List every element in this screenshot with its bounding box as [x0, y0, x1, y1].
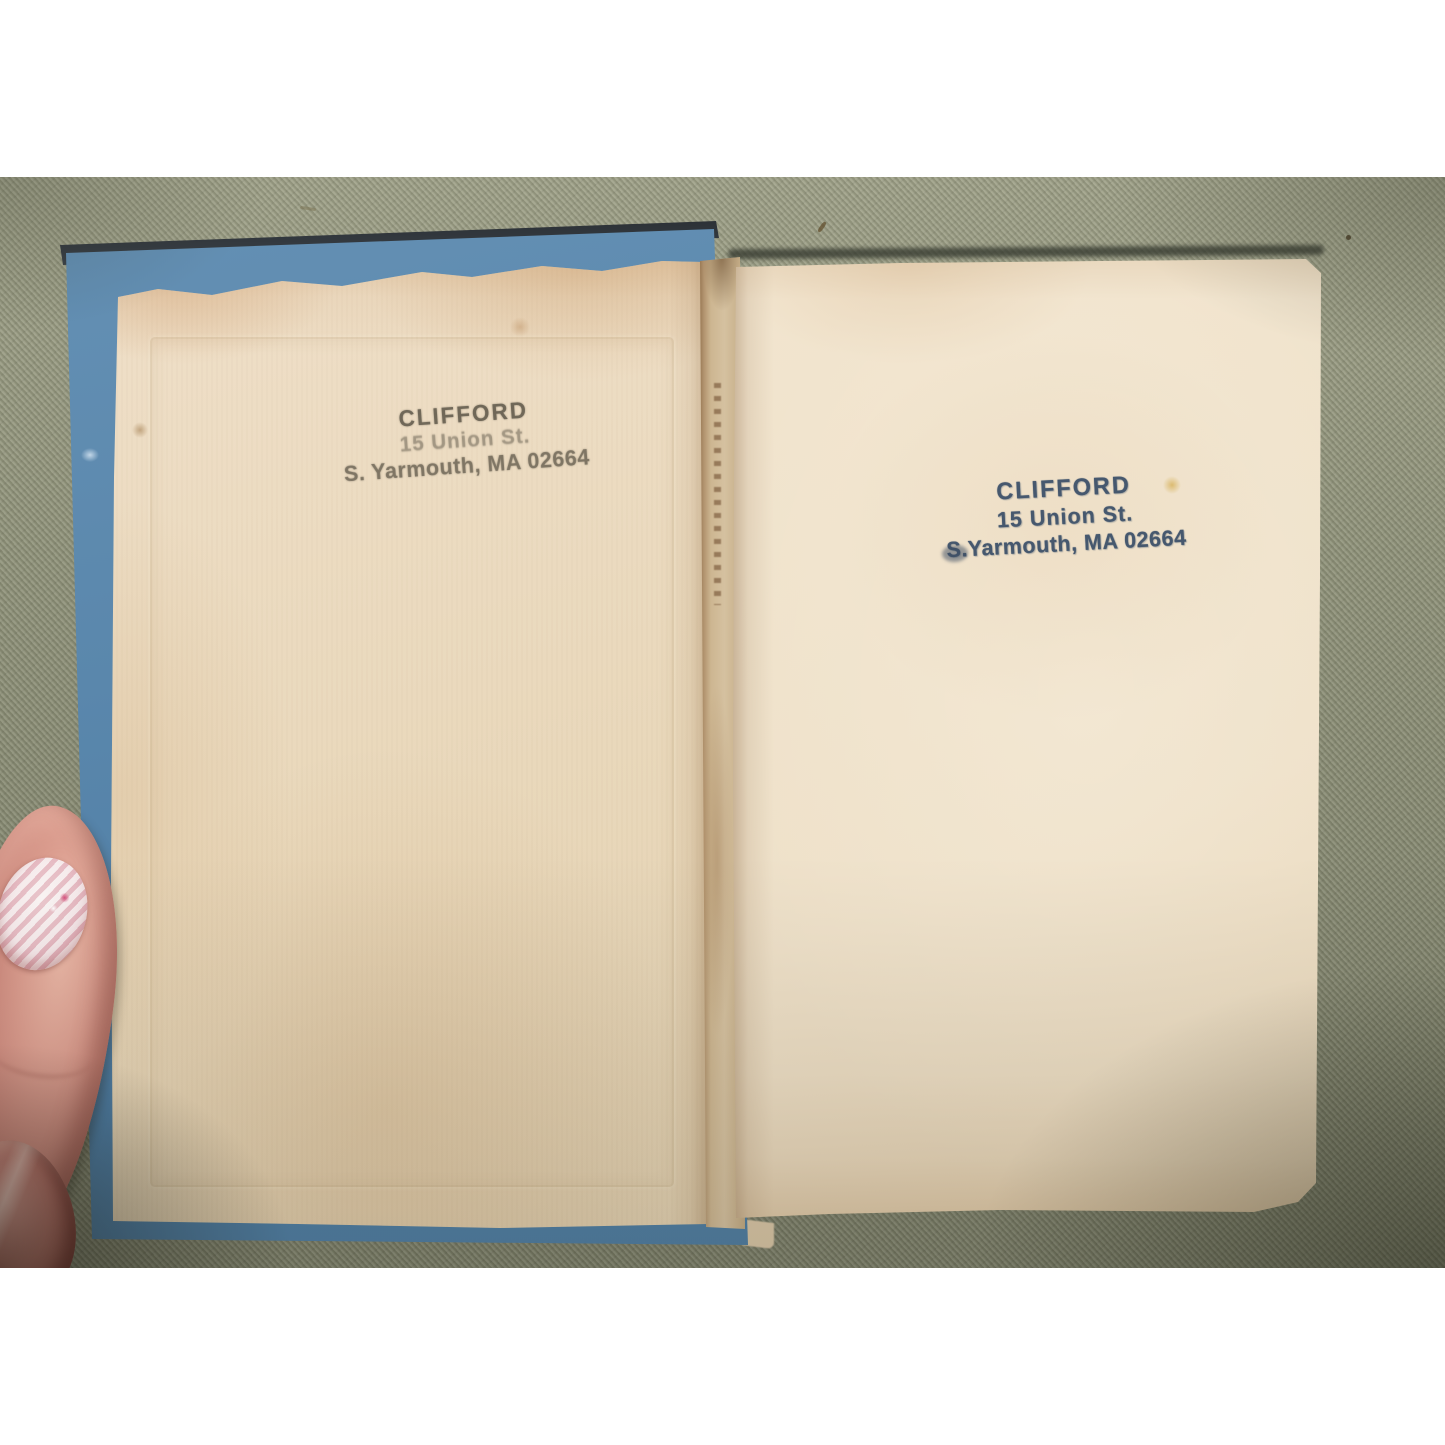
- white-letterbox-top: [0, 0, 1445, 177]
- thumb-nail-pink-polish: [0, 846, 102, 982]
- book-photo: CLIFFORD 15 Union St. S. Yarmouth, MA 02…: [0, 177, 1445, 1268]
- fabric-speck: [1346, 235, 1351, 240]
- right-flyleaf-page: [732, 257, 1322, 1219]
- thumb-knuckle-crease: [0, 1022, 96, 1084]
- white-letterbox-bottom: [0, 1268, 1445, 1445]
- binding-stitches: [714, 383, 721, 605]
- screenshot-canvas: CLIFFORD 15 Union St. S. Yarmouth, MA 02…: [0, 0, 1445, 1445]
